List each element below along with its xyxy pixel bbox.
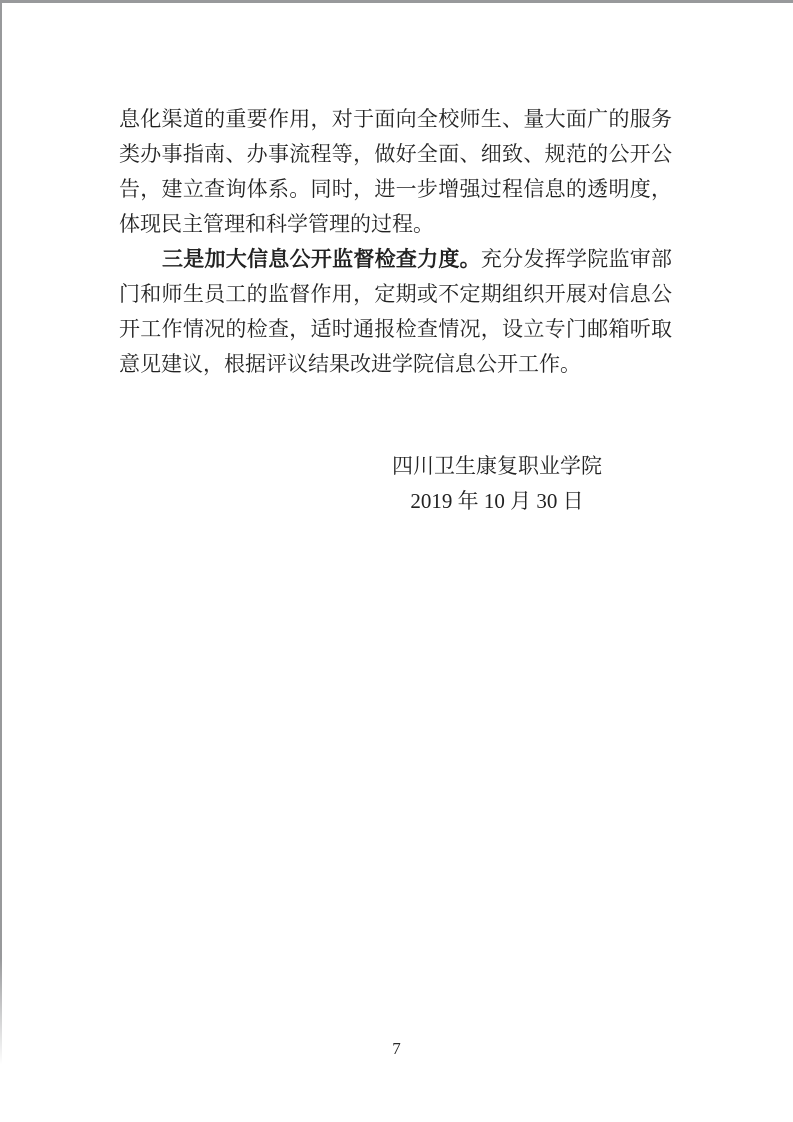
document-page: 息化渠道的重要作用，对于面向全校师生、量大面广的服务 类办事指南、办事流程等，做… — [0, 0, 793, 1122]
paragraph-item-3: 三是加大信息公开监督检查力度。充分发挥学院监审部 门和师生员工的监督作用，定期或… — [119, 242, 672, 382]
body-text: 息化渠道的重要作用，对于面向全校师生、量大面广的服务 类办事指南、办事流程等，做… — [119, 102, 672, 519]
text-line: 息化渠道的重要作用，对于面向全校师生、量大面广的服务 — [119, 102, 672, 137]
signature-organization: 四川卫生康复职业学院 — [322, 449, 672, 484]
scan-edge-left-line — [0, 0, 2, 1065]
text-line: 开工作情况的检查，适时通报检查情况，设立专门邮箱听取 — [119, 312, 672, 347]
scan-edge-top-line — [0, 0, 793, 3]
paragraph-continuation: 息化渠道的重要作用，对于面向全校师生、量大面广的服务 类办事指南、办事流程等，做… — [119, 102, 672, 242]
text-line: 类办事指南、办事流程等，做好全面、细致、规范的公开公 — [119, 137, 672, 172]
signature-date: 2019 年 10 月 30 日 — [322, 484, 672, 519]
text-line: 告，建立查询体系。同时，进一步增强过程信息的透明度， — [119, 172, 672, 207]
text-line: 意见建议，根据评议结果改进学院信息公开工作。 — [119, 347, 672, 382]
text-line: 门和师生员工的监督作用，定期或不定期组织开展对信息公 — [119, 277, 672, 312]
paragraph-item-3-lead-rest: 充分发挥学院监审部 — [481, 247, 672, 271]
paragraph-item-3-bold-lead: 三是加大信息公开监督检查力度。 — [162, 247, 481, 271]
text-line: 三是加大信息公开监督检查力度。充分发挥学院监审部 — [119, 242, 672, 277]
text-line: 体现民主管理和科学管理的过程。 — [119, 207, 672, 242]
page-number: 7 — [0, 1035, 793, 1063]
signature-block: 四川卫生康复职业学院 2019 年 10 月 30 日 — [322, 449, 672, 519]
